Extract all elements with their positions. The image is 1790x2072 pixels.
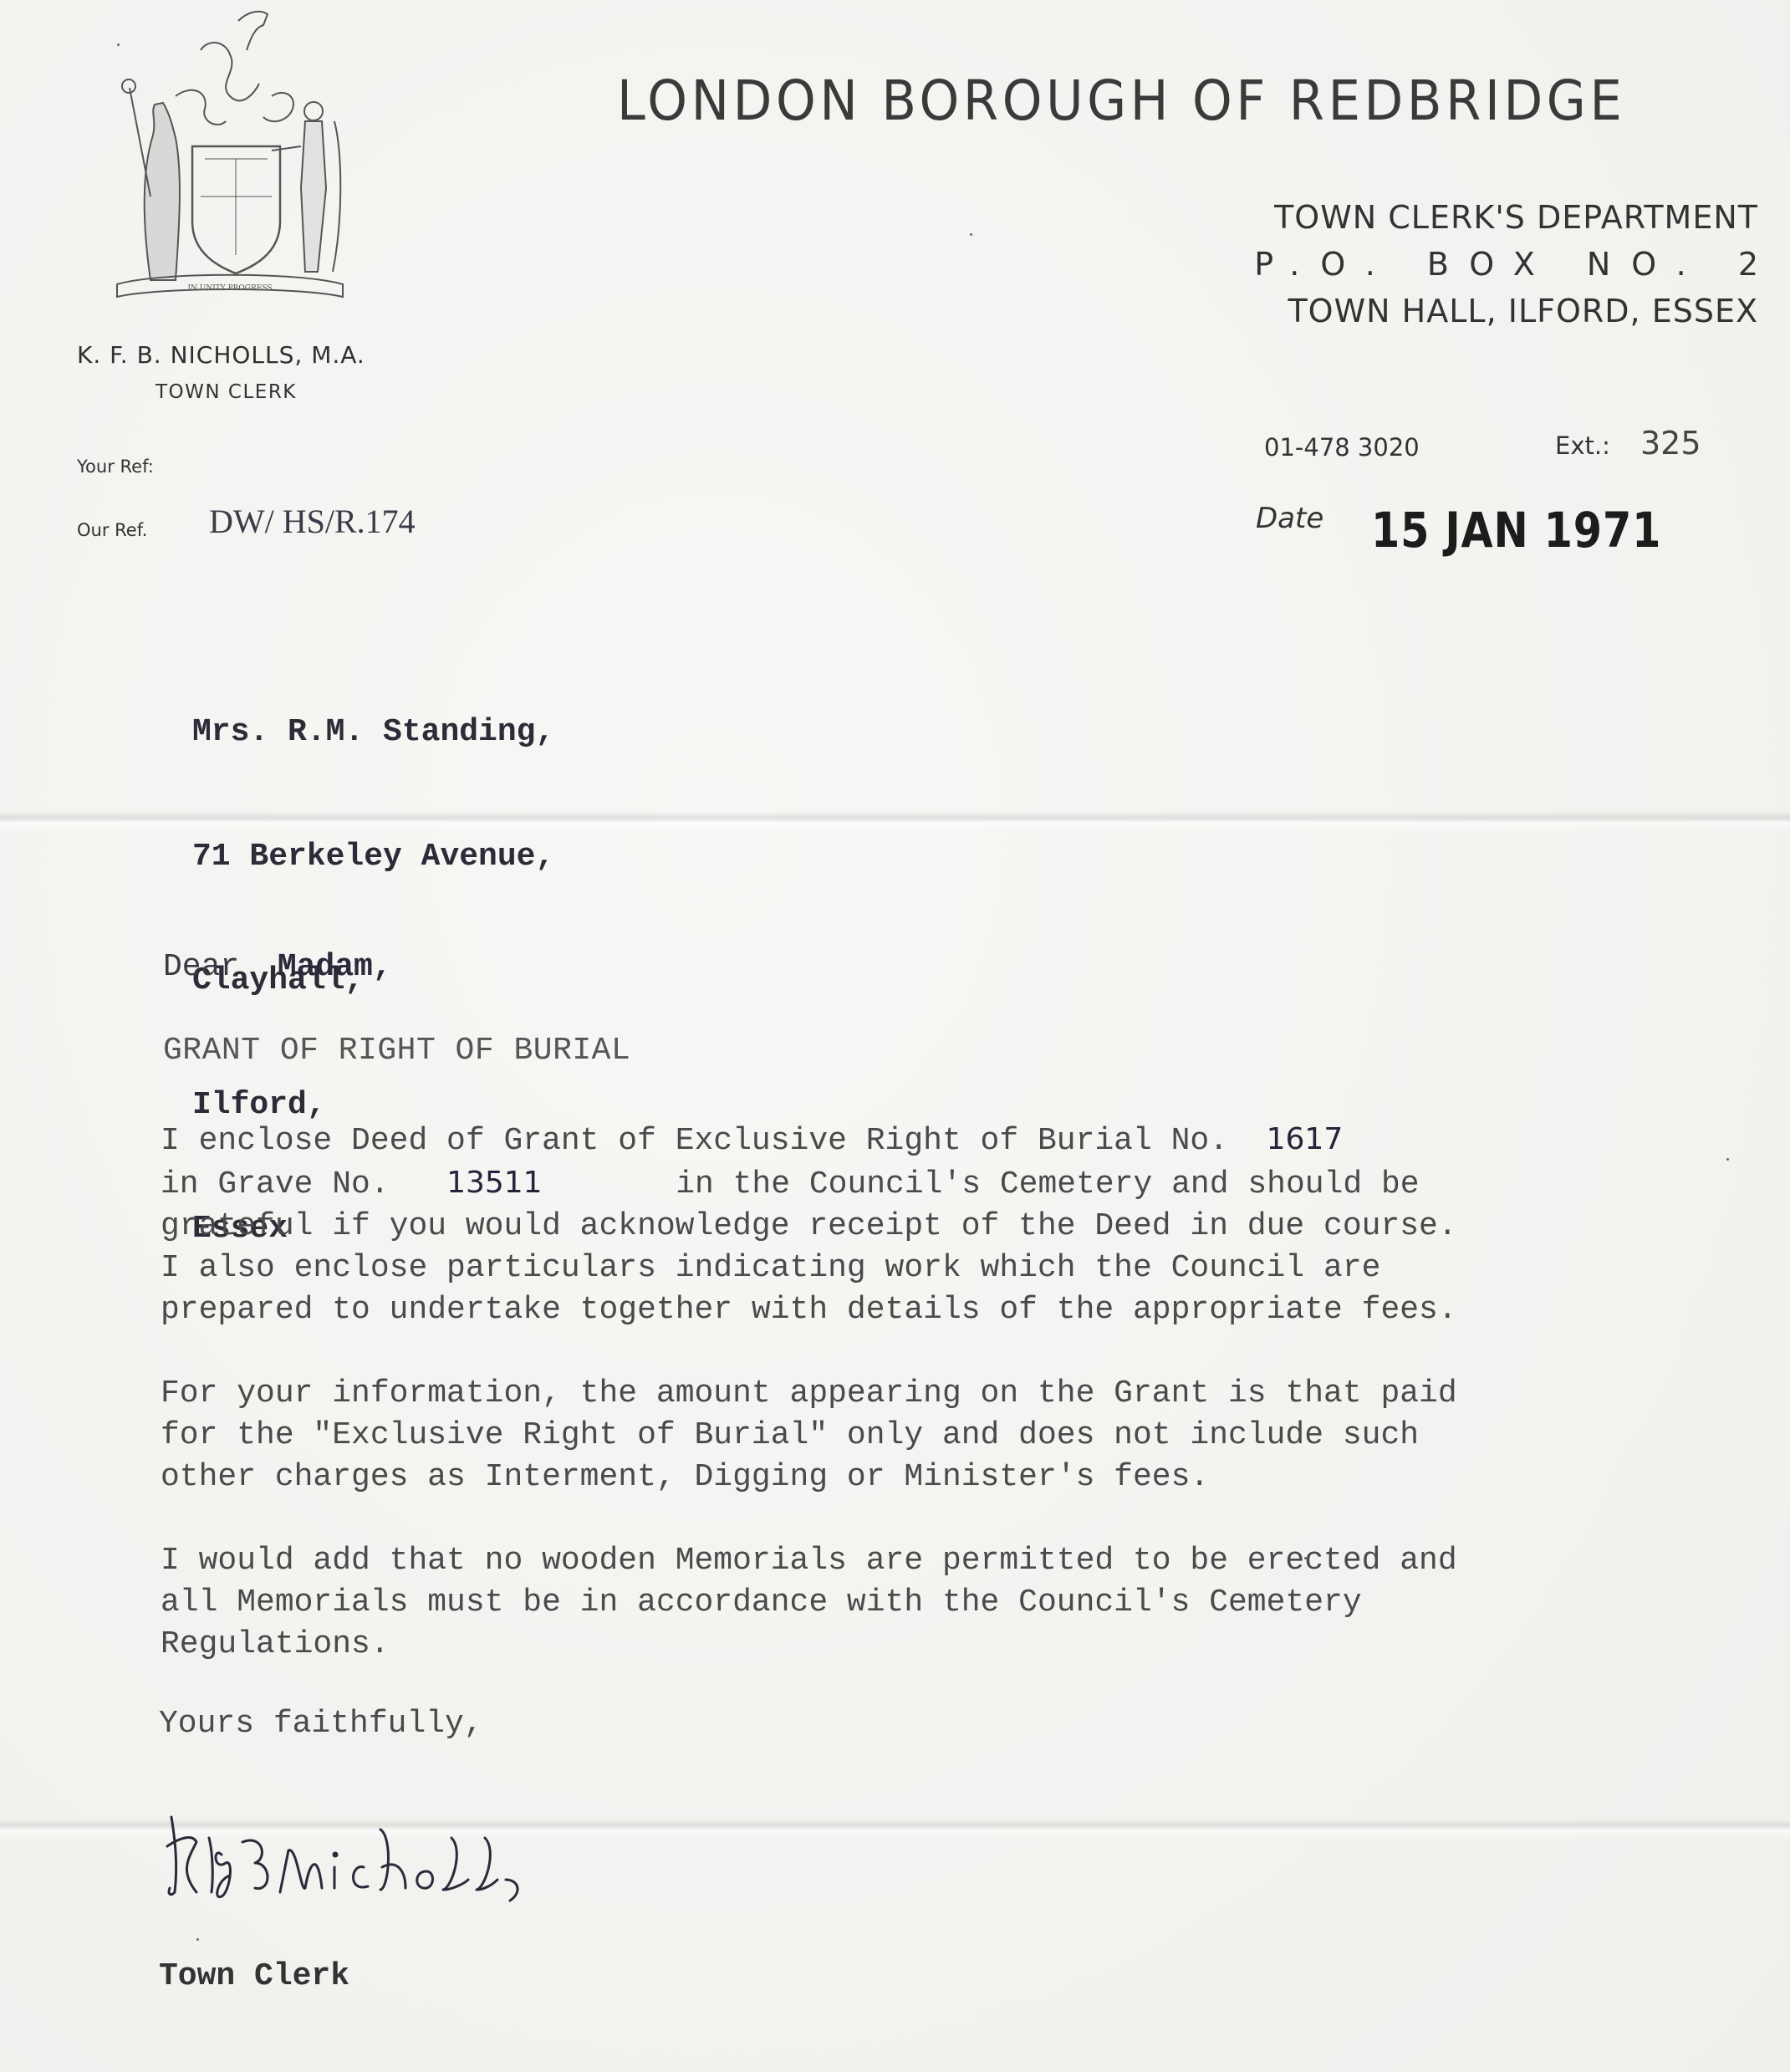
paragraph-deed-enclosure: I enclose Deed of Grant of Exclusive Rig…: [161, 1119, 1457, 1331]
paper-speck: [1304, 1557, 1307, 1559]
your-ref-label: Your Ref:: [77, 457, 154, 477]
date-label: Date: [1256, 502, 1323, 535]
paragraph-line: all Memorials must be in accordance with…: [161, 1582, 1457, 1624]
paragraph-line: in the Council's Cemetery and should be: [543, 1166, 1420, 1202]
paper-speck: [970, 233, 972, 236]
extension-value: 325: [1640, 425, 1701, 462]
recipient-name: Mrs. R.M. Standing,: [192, 712, 554, 753]
salutation: Dear Madam,: [163, 949, 392, 985]
our-ref-label: Our Ref.: [77, 520, 147, 540]
extension-label: Ext.:: [1555, 431, 1610, 460]
paragraph-line: other charges as Interment, Digging or M…: [161, 1457, 1457, 1498]
paragraph-line: prepared to undertake together with deta…: [161, 1289, 1457, 1331]
date-stamp: 15 JAN 1971: [1371, 502, 1661, 559]
borough-coat-of-arms-icon: IN UNITY PROGRESS: [92, 4, 368, 305]
grave-number: 13511: [446, 1166, 543, 1200]
crest-motto: IN UNITY PROGRESS: [187, 284, 272, 293]
paragraph-memorials: I would add that no wooden Memorials are…: [161, 1540, 1457, 1666]
paper-speck: [196, 1938, 199, 1941]
salutation-prefix: Dear: [163, 949, 239, 985]
organization-name: LONDON BOROUGH OF REDBRIDGE: [617, 69, 1625, 133]
sign-off-title: Town Clerk: [159, 1958, 349, 1994]
closing: Yours faithfully,: [159, 1706, 483, 1742]
paragraph-grant-amount: For your information, the amount appeari…: [161, 1373, 1457, 1498]
deed-number: 1617: [1267, 1122, 1344, 1156]
phone-number: 01-478 3020: [1264, 433, 1420, 462]
paragraph-line: I also enclose particulars indicating wo…: [161, 1248, 1457, 1289]
official-name: K. F. B. NICHOLLS, M.A.: [77, 341, 365, 369]
paragraph-line: Regulations.: [161, 1624, 1457, 1666]
paper-speck: [1726, 1158, 1729, 1161]
department-name: TOWN CLERK'S DEPARTMENT: [1254, 194, 1758, 241]
department-address: TOWN HALL, ILFORD, ESSEX: [1254, 288, 1758, 334]
paragraph-line: in Grave No.: [161, 1166, 446, 1202]
recipient-street: 71 Berkeley Avenue,: [192, 836, 554, 878]
our-ref-value: DW/ HS/R.174: [209, 502, 416, 541]
salutation-name: Madam,: [278, 949, 392, 985]
paper-speck: [117, 43, 120, 46]
paragraph-line: I would add that no wooden Memorials are…: [161, 1540, 1457, 1582]
paragraph-line: for the "Exclusive Right of Burial" only…: [161, 1415, 1457, 1457]
department-address-block: TOWN CLERK'S DEPARTMENT P.O. BOX NO. 2 T…: [1254, 194, 1758, 334]
handwritten-signature-icon: KFB Nicholls: [163, 1813, 581, 1905]
official-title: TOWN CLERK: [156, 381, 297, 403]
paragraph-line: For your information, the amount appeari…: [161, 1373, 1457, 1415]
paragraph-line: I enclose Deed of Grant of Exclusive Rig…: [161, 1123, 1267, 1159]
paragraph-line: grateful if you would acknowledge receip…: [161, 1206, 1457, 1248]
letter-subject: GRANT OF RIGHT OF BURIAL: [163, 1033, 630, 1069]
po-box: P.O. BOX NO. 2: [1254, 241, 1779, 288]
